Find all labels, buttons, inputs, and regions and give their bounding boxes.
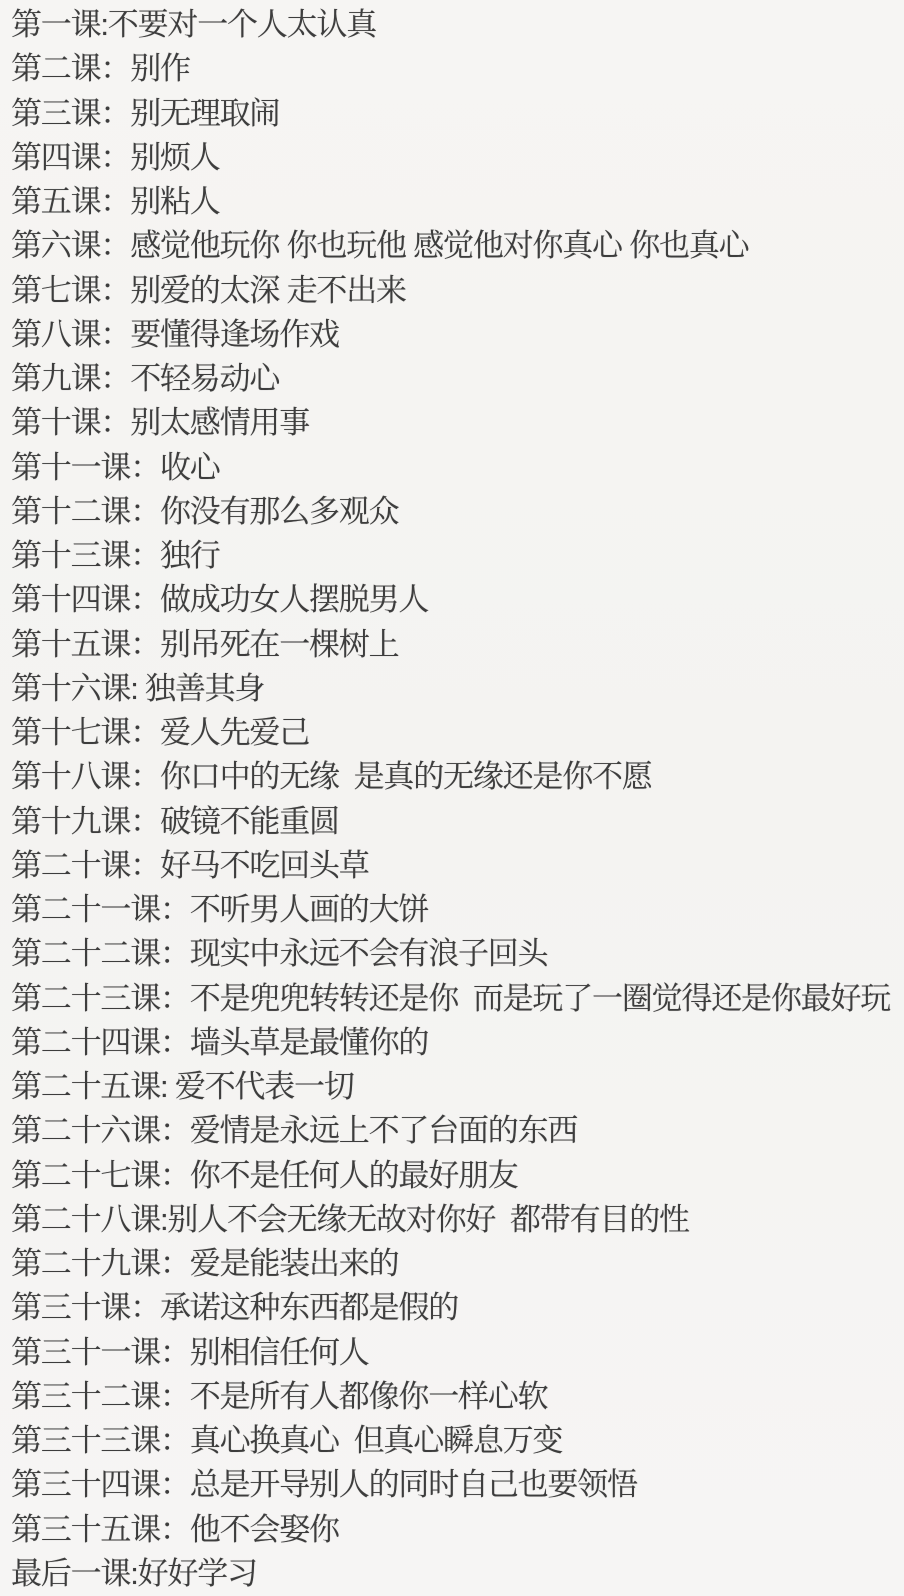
lesson-line: 第六课：感觉他玩你 你也玩他 感觉他对你真心 你也真心 [11, 224, 904, 268]
lesson-line: 第十一课：收心 [11, 446, 904, 490]
lesson-line: 第二十五课: 爱不代表一切 [11, 1065, 904, 1109]
lesson-line: 第二十三课：不是兜兜转转还是你 而是玩了一圈觉得还是你最好玩 [11, 977, 904, 1021]
lesson-line: 第十五课：别吊死在一棵树上 [11, 623, 904, 667]
lesson-line: 第十三课：独行 [11, 534, 904, 578]
lesson-line: 第二十七课：你不是任何人的最好朋友 [11, 1154, 904, 1198]
lesson-line: 第四课：别烦人 [11, 136, 904, 180]
lesson-line: 第二十六课：爱情是永远上不了台面的东西 [11, 1109, 904, 1153]
lesson-line: 第十六课: 独善其身 [11, 667, 904, 711]
lesson-line: 第十四课：做成功女人摆脱男人 [11, 578, 904, 622]
lesson-line: 第三十四课：总是开导别人的同时自己也要领悟 [11, 1463, 904, 1507]
lesson-line: 第七课：别爱的太深 走不出来 [11, 269, 904, 313]
lesson-line: 第二十二课：现实中永远不会有浪子回头 [11, 932, 904, 976]
lesson-line: 第二十课：好马不吃回头草 [11, 844, 904, 888]
lesson-line: 第八课：要懂得逢场作戏 [11, 313, 904, 357]
screenshot-root: { "colors": { "background": "#f5f4f2", "… [0, 0, 904, 1596]
lesson-line: 最后一课:好好学习 [11, 1552, 904, 1596]
lesson-line: 第三十三课：真心换真心 但真心瞬息万变 [11, 1419, 904, 1463]
lesson-line: 第十八课：你口中的无缘 是真的无缘还是你不愿 [11, 755, 904, 799]
lesson-line: 第三十五课：他不会娶你 [11, 1508, 904, 1552]
lesson-line: 第三十一课：别相信任何人 [11, 1331, 904, 1375]
lesson-line: 第二十九课：爱是能装出来的 [11, 1242, 904, 1286]
lesson-line: 第九课：不轻易动心 [11, 357, 904, 401]
lesson-line: 第二十四课：墙头草是最懂你的 [11, 1021, 904, 1065]
lesson-line: 第十课：别太感情用事 [11, 401, 904, 445]
lesson-line: 第三十二课：不是所有人都像你一样心软 [11, 1375, 904, 1419]
lessons-list: 第一课:不要对一个人太认真第二课：别作第三课：别无理取闹第四课：别烦人第五课：别… [11, 3, 904, 1596]
lesson-line: 第十九课：破镜不能重圆 [11, 800, 904, 844]
lesson-line: 第三课：别无理取闹 [11, 92, 904, 136]
lessons-page: 第一课:不要对一个人太认真第二课：别作第三课：别无理取闹第四课：别烦人第五课：别… [0, 0, 904, 1596]
lesson-line: 第五课：别粘人 [11, 180, 904, 224]
lesson-line: 第一课:不要对一个人太认真 [11, 3, 904, 47]
lesson-line: 第十二课：你没有那么多观众 [11, 490, 904, 534]
lesson-line: 第十七课：爱人先爱己 [11, 711, 904, 755]
lesson-line: 第二课：别作 [11, 47, 904, 91]
lesson-line: 第三十课：承诺这种东西都是假的 [11, 1286, 904, 1330]
lesson-line: 第二十一课：不听男人画的大饼 [11, 888, 904, 932]
lesson-line: 第二十八课:别人不会无缘无故对你好 都带有目的性 [11, 1198, 904, 1242]
